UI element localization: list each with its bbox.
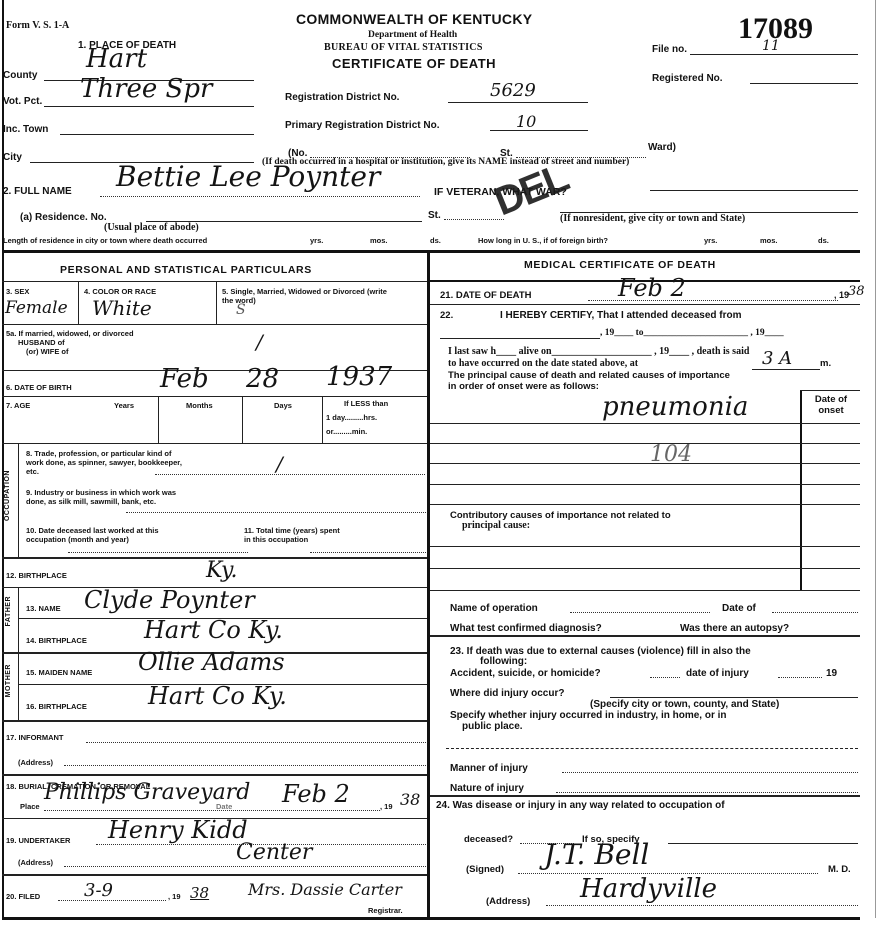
trade-line [155,474,425,475]
foreign-birth-label: How long in U. S., if of foreign birth? [478,236,608,245]
injury-where-label: Where did injury occur? [450,688,564,699]
residence-label: (a) Residence. No. [20,212,107,223]
spouse-label-3: (or) WIFE of [26,347,69,356]
dob-day: 28 [246,364,279,394]
sex-label: 3. SEX [6,287,29,296]
industry-line [126,512,426,513]
test-label: What test confirmed diagnosis? [450,623,602,634]
age-label: 7. AGE [6,401,30,410]
test-bottom-line [430,635,860,637]
date-of-death-year-value: 38 [848,284,865,299]
right-border [875,0,876,918]
registration-district-line [448,102,588,103]
undertaker-label: 19. UNDERTAKER [6,836,70,845]
registration-district-label: Registration District No. [285,92,399,103]
row6-line [2,396,427,397]
undertaker-address-line [64,866,426,867]
nature-label: Nature of injury [450,783,524,794]
mother-birthplace-value: Hart Co Ky. [148,682,287,710]
certify-number: 22. [440,310,453,321]
marital-value: S [236,302,246,318]
last-worked-line [68,552,248,553]
informant-label: 17. INFORMANT [6,733,64,742]
operation-label: Name of operation [450,603,538,614]
contributory-line-3 [430,590,860,591]
specify-industry-label-2: public place. [462,721,523,732]
nature-line [556,792,858,793]
spouse-label-1: 5a. If married, widowed, or divorced [6,329,134,338]
age-less-label-1: If LESS than [344,399,388,408]
vot-pct-label: Vot. Pct. [3,96,42,107]
principal-line-1: The principal cause of death and related… [448,370,730,381]
county-value: Hart [86,44,147,74]
race-value: White [92,296,152,320]
total-time-label: 11. Total time (years) spent in this occ… [244,526,344,544]
burial-year-prefix: , 19 [380,802,393,811]
autopsy-label: Was there an autopsy? [680,623,789,634]
foreign-yrs-label: yrs. [704,236,717,245]
undertaker-address-label: (Address) [18,858,53,867]
informant-address-line [64,765,426,766]
inc-town-label: Inc. Town [3,124,48,135]
undertaker-address-value: Center [236,840,312,865]
informant-bottom-line [2,774,427,776]
if-so-line [668,843,858,844]
filed-label: 20. FILED [6,892,40,901]
full-name-value: Bettie Lee Poynter [116,160,380,193]
burial-line [44,810,380,811]
length-of-residence-label: Length of residence in city or town wher… [3,236,207,245]
signed-label: (Signed) [466,864,504,875]
md-label: M. D. [828,864,851,875]
contributory-line-1 [430,546,860,547]
principal-line-2: in order of onset were as follows: [448,381,599,392]
filed-year-prefix: , 19 [168,892,181,901]
personal-heading: PERSONAL AND STATISTICAL PARTICULARS [60,264,312,276]
certificate-title: CERTIFICATE OF DEATH [332,56,496,71]
injury-date-line [778,677,822,678]
manner-label: Manner of injury [450,763,528,774]
occupation-related-label-1: 24. Was disease or injury in any way rel… [436,800,725,811]
state-title: COMMONWEALTH OF KENTUCKY [296,11,532,27]
burial-date-label: Date [216,802,232,811]
contributory-label-2: principal cause: [462,520,530,531]
undertaker-bottom-line [2,874,427,876]
certify-from-line [440,338,600,339]
header-divider [2,250,860,253]
medical-heading: MEDICAL CERTIFICATE OF DEATH [524,259,716,271]
date-of-death-label: 21. DATE OF DEATH [440,290,532,301]
injury-where-line [610,697,858,698]
file-number-handwritten: 11 [762,38,780,54]
mother-name-label: 15. MAIDEN NAME [26,668,92,677]
ward-label: Ward) [648,142,676,153]
cause-line-2 [430,443,860,444]
race-marital-divider [216,282,217,324]
cause-value: pneumonia [602,392,748,422]
city-label: City [3,152,22,163]
occupation-side-label: OCCUPATION [4,470,11,521]
last-saw-line: I last saw h____ alive on_______________… [448,346,749,357]
sex-value: Female [5,298,68,318]
specify-industry-line [446,748,858,749]
primary-district-line [490,130,588,131]
ds-label: ds. [430,236,441,245]
race-label: 4. COLOR OR RACE [84,287,156,296]
occupation-related-label-2: deceased? [464,834,513,845]
date-of-death-value: Feb 2 [618,274,686,302]
registrar-label: Registrar. [368,906,403,915]
date-of-onset-label: Date of onset [806,394,856,416]
cause-line-5 [430,504,860,505]
yrs-label: yrs. [310,236,323,245]
age-years-label: Years [114,401,134,410]
filed-date-value: 3-9 [84,880,113,901]
age-div-2 [242,397,243,443]
county-label: County [3,70,37,81]
marital-label: 5. Single, Married, Widowed or Divorced … [222,287,392,305]
onset-column-divider [800,390,802,590]
file-number-label: File no. [652,44,687,55]
specify-industry-label-1: Specify whether injury occurred in indus… [450,710,727,721]
industry-label: 9. Industry or business in which work wa… [26,488,186,506]
address-line [546,905,858,906]
age-less-label-3: or.........min. [326,427,367,436]
form-number: Form V. S. 1-A [6,20,69,31]
birthplace-label: 12. BIRTHPLACE [6,571,67,580]
cause-line-4 [430,484,860,485]
injury-date-label: date of injury [686,668,749,679]
burial-year-value: 38 [400,790,420,809]
filed-year-value: 38 [190,884,209,902]
occupation-side-divider [18,444,19,557]
sex-race-divider [78,282,79,324]
dob-month: Feb [160,364,209,394]
spouse-value: / [256,330,263,354]
age-months-label: Months [186,401,213,410]
nonresident-note: (If nonresident, give city or town and S… [560,213,745,224]
primary-district-label: Primary Registration District No. [285,120,439,131]
parents-side-divider [18,588,19,720]
father-birthplace-value: Hart Co Ky. [144,616,283,644]
center-divider [427,251,430,919]
residence-st-label: St. [428,210,441,221]
vot-pct-line [44,106,254,107]
vot-pct-value: Three Spr [80,74,212,104]
dob-label: 6. DATE OF BIRTH [6,383,72,392]
contributory-line-2 [430,568,860,569]
certify-text: I HEREBY CERTIFY, That I attended deceas… [500,310,742,321]
occurred-time-value: 3 A [762,348,792,369]
primary-district-value: 10 [516,112,536,131]
age-div-1 [158,397,159,443]
left-border [2,0,4,920]
inc-town-line [60,134,254,135]
row3-line [2,324,427,325]
full-name-line [100,196,420,197]
address-value: Hardyville [580,874,717,904]
file-number-line [690,54,858,55]
residence-sublabel: (Usual place of abode) [104,222,199,233]
external-label-2: following: [480,656,527,667]
accident-label: Accident, suicide, or homicide? [450,668,601,679]
age-days-label: Days [274,401,292,410]
mos-label: mos. [370,236,388,245]
father-birthplace-label: 14. BIRTHPLACE [26,636,87,645]
residence-st-line [444,219,504,220]
certify-from-to-line: , 19____ to______________________ , 19__… [600,328,784,338]
informant-address-label: (Address) [18,758,53,767]
registration-district-value: 5629 [490,80,536,101]
date-of-death-year-prefix: , 19 [834,290,849,300]
occurred-line: to have occurred on the date stated abov… [448,358,638,369]
mother-name-value: Ollie Adams [138,648,285,676]
registrar-value: Mrs. Dassie Carter [248,880,402,899]
informant-line [86,742,426,743]
dob-year: 1937 [326,362,392,392]
mother-side-label: MOTHER [5,664,12,697]
row7-line [2,443,427,444]
date-of-death-bottom [430,304,860,305]
age-less-label-2: 1 day.........hrs. [326,413,377,422]
registered-number-label: Registered No. [652,73,723,84]
father-name-label: 13. NAME [26,604,61,613]
personal-heading-line [2,281,427,282]
department-label: Department of Health [368,30,457,40]
manner-line [562,772,858,773]
injury-year-label: 19 [826,668,837,679]
age-div-3 [322,397,323,443]
mother-bottom-line [2,720,427,722]
burial-place-label: Place [20,802,40,811]
father-side-label: FATHER [5,596,12,626]
occurred-m-label: m. [820,358,831,369]
veteran-line [650,190,858,191]
address-label: (Address) [486,896,530,907]
trade-label: 8. Trade, profession, or particular kind… [26,449,186,476]
onset-column-top [800,390,860,391]
undertaker-value: Henry Kidd [108,816,248,844]
operation-date-label: Date of [722,603,756,614]
mother-birthplace-label: 16. BIRTHPLACE [26,702,87,711]
spouse-label-2: HUSBAND of [18,338,65,347]
operation-date-line [772,612,858,613]
cause-line-3 [430,463,860,464]
occurred-time-line [752,369,820,370]
operation-line [570,612,710,613]
signed-value: J.T. Bell [544,838,649,871]
total-time-line [310,552,426,553]
last-worked-label: 10. Date deceased last worked at this oc… [26,526,186,544]
accident-line [650,677,680,678]
foreign-ds-label: ds. [818,236,829,245]
father-name-value: Clyde Poynter [84,586,255,614]
trade-value: / [276,452,283,476]
cause-line-1 [430,423,860,424]
burial-date-value: Feb 2 [282,780,350,808]
registered-number-line [750,83,858,84]
specify-city-label: (Specify city or town, county, and State… [590,699,779,710]
nature-bottom-line [430,795,860,797]
full-name-label: 2. FULL NAME [3,186,72,197]
birthplace-value: Ky. [206,558,238,583]
foreign-mos-label: mos. [760,236,778,245]
bottom-border [2,917,860,920]
bureau-label: BUREAU OF VITAL STATISTICS [324,42,483,53]
